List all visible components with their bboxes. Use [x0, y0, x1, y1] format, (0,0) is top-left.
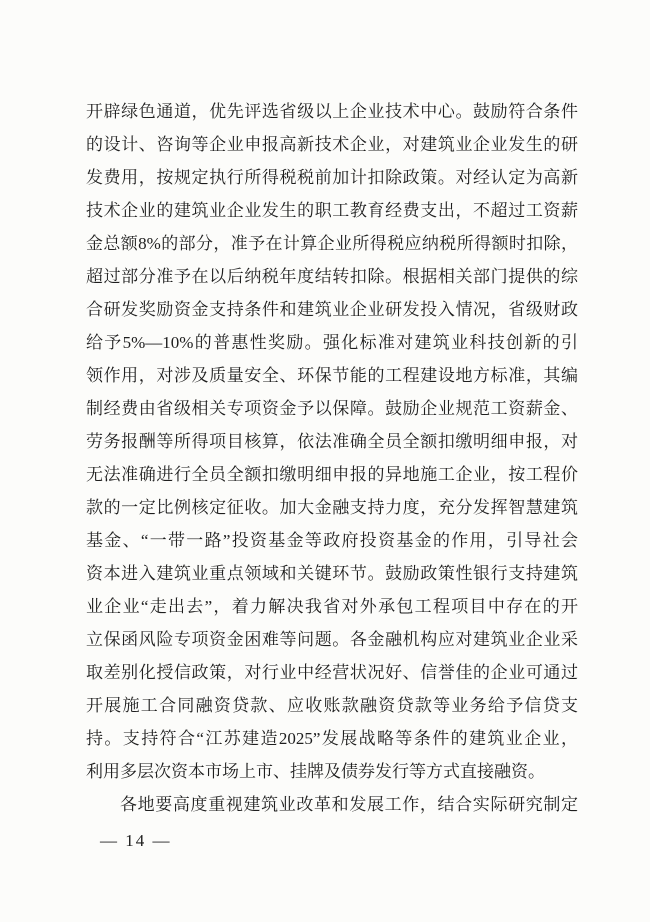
page-number: — 14 —: [100, 830, 172, 852]
text-line: 取差别化授信政策，对行业中经营状况好、信誉佳的企业可通过: [86, 656, 578, 689]
body-text: 开辟绿色通道，优先评选省级以上企业技术中心。鼓励符合条件 的设计、咨询等企业申报…: [86, 95, 578, 821]
text-line: 合研发奖励资金支持条件和建筑业企业研发投入情况，省级财政: [86, 293, 578, 326]
text-line: 金总额8%的部分，准予在计算企业所得税应纳税所得额时扣除，: [86, 227, 578, 260]
text-line: 款的一定比例核定征收。加大金融支持力度，充分发挥智慧建筑: [86, 491, 578, 524]
text-line: 发费用，按规定执行所得税税前加计扣除政策。对经认定为高新: [86, 161, 578, 194]
text-line: 技术企业的建筑业企业发生的职工教育经费支出，不超过工资薪: [86, 194, 578, 227]
text-line-new-paragraph: 各地要高度重视建筑业改革和发展工作，结合实际研究制定: [86, 788, 578, 821]
text-line: 制经费由省级相关专项资金予以保障。鼓励企业规范工资薪金、: [86, 392, 578, 425]
text-line: 开辟绿色通道，优先评选省级以上企业技术中心。鼓励符合条件: [86, 95, 578, 128]
document-page: 开辟绿色通道，优先评选省级以上企业技术中心。鼓励符合条件 的设计、咨询等企业申报…: [0, 0, 650, 922]
text-line-paragraph-end: 利用多层次资本市场上市、挂牌及债券发行等方式直接融资。: [86, 755, 578, 788]
text-line: 业企业“走出去”，着力解决我省对外承包工程项目中存在的开: [86, 590, 578, 623]
text-line: 无法准确进行全员全额扣缴明细申报的异地施工企业，按工程价: [86, 458, 578, 491]
text-line: 的设计、咨询等企业申报高新技术企业，对建筑业企业发生的研: [86, 128, 578, 161]
text-line: 资本进入建筑业重点领域和关键环节。鼓励政策性银行支持建筑: [86, 557, 578, 590]
text-line: 持。支持符合“江苏建造2025”发展战略等条件的建筑业企业，: [86, 722, 578, 755]
text-line: 超过部分准予在以后纳税年度结转扣除。根据相关部门提供的综: [86, 260, 578, 293]
text-line: 给予5%—10%的普惠性奖励。强化标准对建筑业科技创新的引: [86, 326, 578, 359]
text-line: 开展施工合同融资贷款、应收账款融资贷款等业务给予信贷支: [86, 689, 578, 722]
text-line: 基金、“一带一路”投资基金等政府投资基金的作用，引导社会: [86, 524, 578, 557]
text-line: 立保函风险专项资金困难等问题。各金融机构应对建筑业企业采: [86, 623, 578, 656]
text-line: 劳务报酬等所得项目核算，依法准确全员全额扣缴明细申报，对: [86, 425, 578, 458]
text-line: 领作用，对涉及质量安全、环保节能的工程建设地方标准，其编: [86, 359, 578, 392]
